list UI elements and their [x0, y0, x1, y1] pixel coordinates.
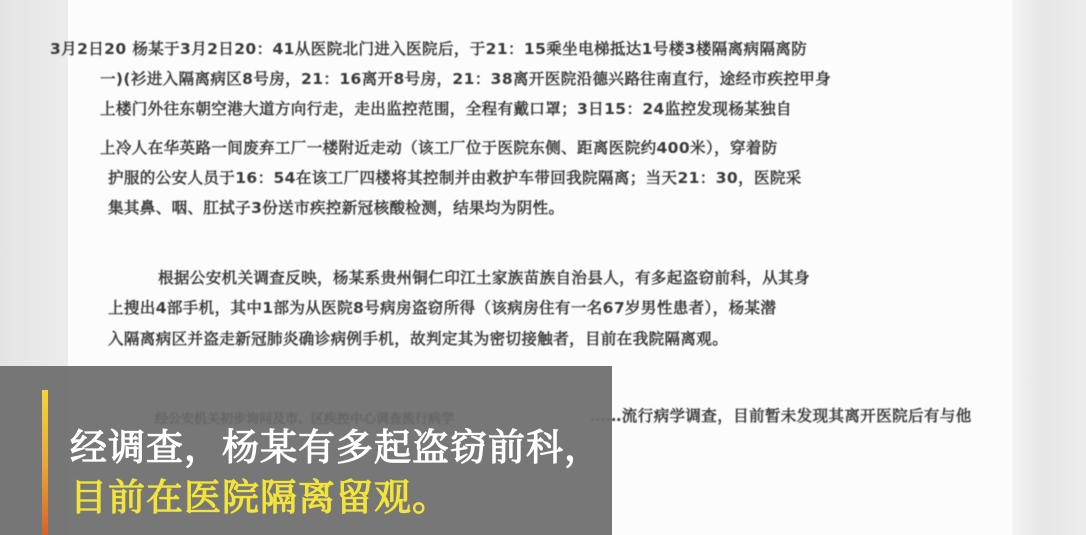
doc-line: 3月2日20 杨某于3月2日20：41从医院北门进入医院后，于21：15乘坐电梯… [50, 37, 807, 59]
doc-line: ……流行病学调查，目前暂未发现其离开医院后有与他 [590, 404, 972, 426]
doc-line: 上楼门外往东朝空港大道方向行走，走出监控范围，全程有戴口罩；3日15：24监控发… [100, 97, 792, 119]
caption-line-1: 经调查，杨某有多起盗窃前科， [70, 417, 602, 471]
doc-line: 上冷人在华英路一间废弃工厂一楼附近走动（该工厂位于医院东侧、距离医院约400米）… [100, 136, 778, 158]
doc-line: 一)(衫进入隔离病区8号房，21：16离开8号房，21：38离开医院沿德兴路往南… [100, 67, 831, 89]
caption-accent-bar [42, 390, 48, 535]
doc-line: 入隔离病区并盗走新冠肺炎确诊病例手机，故判定其为密切接触者，目前在我院隔离观。 [108, 327, 728, 349]
caption-line-2: 目前在医院隔离留观。 [70, 467, 450, 521]
doc-line: 集其鼻、咽、肛拭子3份送市疾控新冠核酸检测，结果均为阴性。 [108, 196, 564, 218]
doc-line: 根据公安机关调查反映，杨某系贵州铜仁印江土家族苗族自治县人，有多起盗窃前科，从其… [158, 266, 810, 288]
doc-line: 上搜出4部手机，其中1部为从医院8号病房盗窃所得（该病房住有一名67岁男性患者）… [108, 296, 776, 318]
doc-line: 护服的公安人员于16：54在该工厂四楼将其控制并由救护车带回我院隔离；当天21：… [108, 166, 802, 188]
